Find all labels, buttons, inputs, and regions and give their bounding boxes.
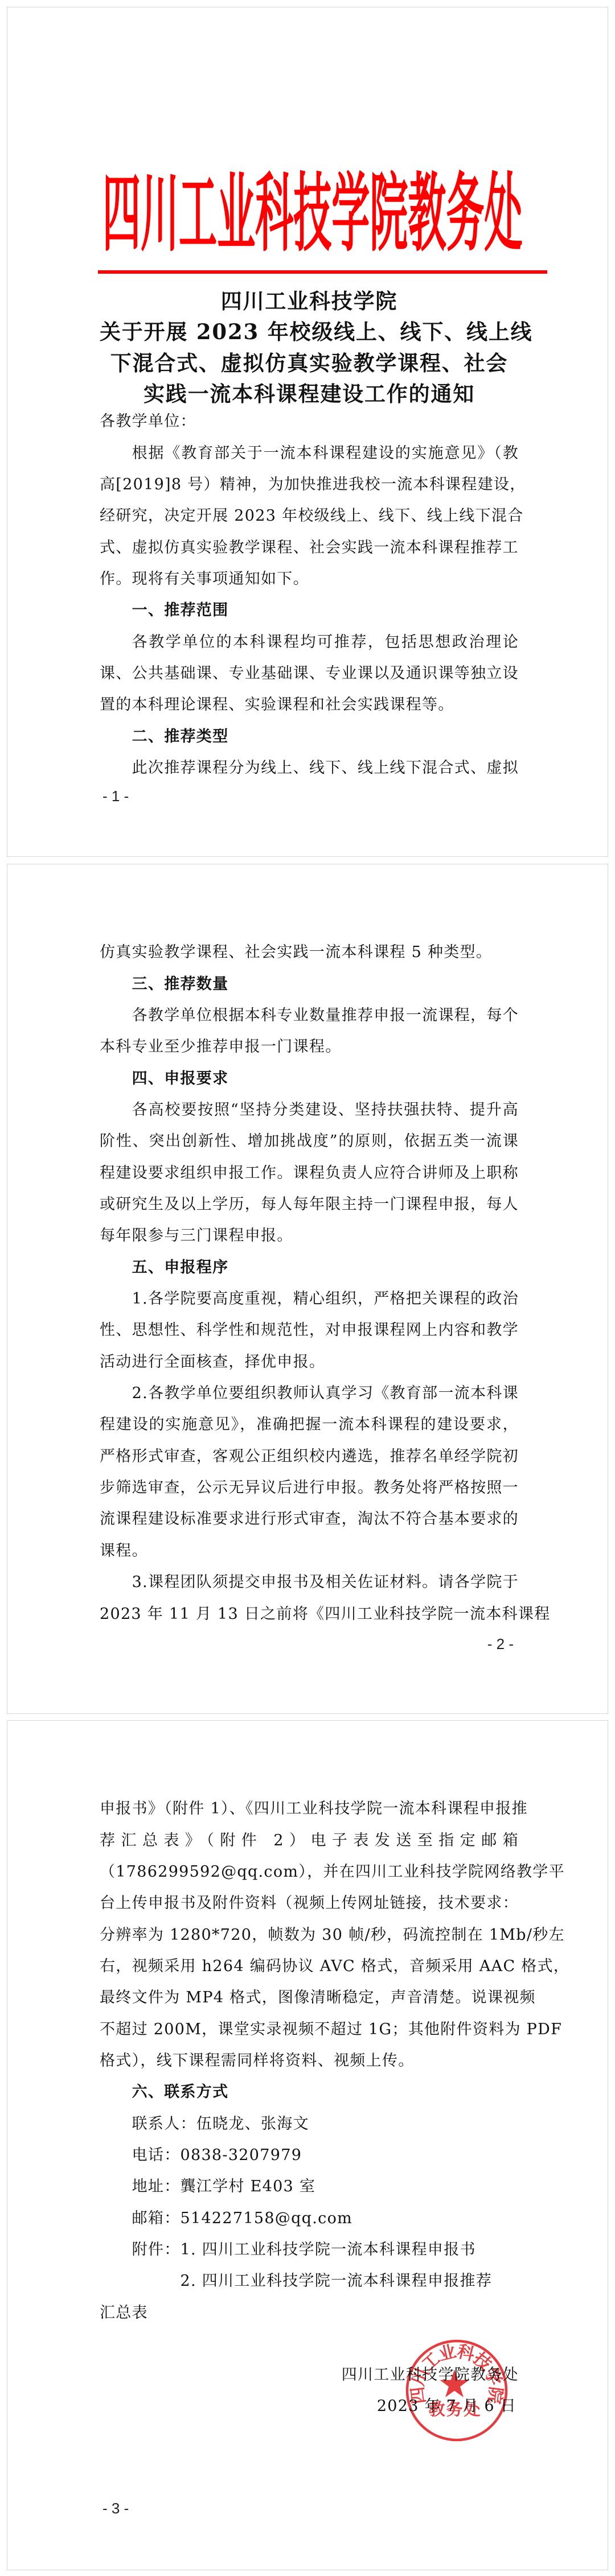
page-body: 仿真实验教学课程、社会实践一流本科课程 5 种类型。 三、推荐数量 各教学单位根… — [100, 937, 519, 1630]
body-line: 程建设要求组织申报工作。课程负责人应符合讲师及上职称 — [100, 1157, 519, 1189]
page-body: 各教学单位： 根据《教育部关于一流本科课程建设的实施意见》（教 高[2019]8… — [100, 406, 519, 784]
body-line: 不超过 200M，课堂实录视频不超过 1G；其他附件资料为 PDF — [100, 2014, 519, 2045]
section-heading-procedure: 五、申报程序 — [100, 1252, 519, 1283]
body-line: 右，视频采用 h264 编码协议 AVC 格式，音频采用 AAC 格式， — [100, 1951, 519, 1982]
page-number: - 3 - — [102, 2501, 129, 2516]
body-line: 本科专业至少推荐申报一门课程。 — [100, 1031, 519, 1062]
body-line: 流课程建设标准要求进行形式审查，淘汰不符合基本要求的 — [100, 1503, 519, 1535]
notice-title: 四川工业科技学院 关于开展 2023 年校级线上、线下、线上线 下混合式、虚拟仿… — [100, 286, 519, 410]
body-line: 严格形式审查，客观公正组织校内遴选，推荐名单经学院初 — [100, 1441, 519, 1472]
body-line: 申报书》（附件 1）、《四川工业科技学院一流本科课程申报推 — [100, 1793, 519, 1824]
body-line: 性、思想性、科学性和规范性，对申报课程网上内容和教学 — [100, 1314, 519, 1346]
page-3: 申报书》（附件 1）、《四川工业科技学院一流本科课程申报推 荐汇总表》（附件 2… — [7, 1720, 608, 2570]
body-line: 式、虚拟仿真实验教学课程、社会实践一流本科课程推荐工 — [100, 532, 519, 563]
contact-address: 地址：龔江学村 E403 室 — [100, 2171, 519, 2202]
star-icon — [440, 2369, 469, 2397]
body-line: 3.课程团队须提交申报书及相关佐证材料。请各学院于 — [100, 1567, 519, 1598]
attachment-2-continued: 汇总表 — [100, 2297, 519, 2328]
salutation: 各教学单位： — [100, 406, 519, 437]
section-heading-types: 二、推荐类型 — [100, 721, 519, 752]
body-line: 作。现将有关事项通知如下。 — [100, 563, 519, 595]
official-seal-icon: 四川工业科技学院 教务处 — [400, 2334, 514, 2447]
body-line: 各高校要按照“坚持分类建设、坚持扶强扶特、提升高 — [100, 1094, 519, 1126]
body-line: 高[2019]8 号）精神，为加快推进我校一流本科课程建设， — [100, 469, 519, 500]
body-line: 台上传申报书及附件资料（视频上传网址链接，技术要求： — [100, 1887, 519, 1919]
page-number: - 2 - — [487, 1637, 514, 1651]
section-heading-quantity: 三、推荐数量 — [100, 968, 519, 1000]
title-line: 下混合式、虚拟仿真实验教学课程、社会 — [100, 348, 519, 378]
body-line: 最终文件为 MP4 格式，图像清晰稳定，声音清楚。说课视频 — [100, 1982, 519, 2013]
body-line: 课、公共基础课、专业基础课、专业课以及通识课等独立设 — [100, 658, 519, 689]
svg-text:四川工业科技学院: 四川工业科技学院 — [408, 2342, 506, 2405]
body-line: （1786299592@qq.com），并在四川工业科技学院网络教学平 — [100, 1856, 519, 1887]
body-line: 1.各学院要高度重视，精心组织，严格把关课程的政治 — [100, 1283, 519, 1314]
body-line: 仿真实验教学课程、社会实践一流本科课程 5 种类型。 — [100, 937, 519, 968]
red-divider — [98, 270, 547, 274]
body-line: 活动进行全面核查，择优申报。 — [100, 1346, 519, 1378]
body-line: 每年限参与三门课程申报。 — [100, 1220, 519, 1251]
seal-ring-text: 四川工业科技学院 — [408, 2342, 506, 2405]
body-line: 课程。 — [100, 1535, 519, 1567]
body-line: 置的本科理论课程、实验课程和社会实践课程等。 — [100, 689, 519, 720]
body-line: 或研究生及以上学历，每人每年限主持一门课程申报，每人 — [100, 1189, 519, 1220]
body-line: 2023 年 11 月 13 日之前将《四川工业科技学院一流本科课程 — [100, 1598, 519, 1630]
contact-person: 联系人：伍晓龙、张海文 — [100, 2108, 519, 2140]
body-line: 分辨率为 1280*720，帧数为 30 帧/秒，码流控制在 1Mb/秒左 — [100, 1919, 519, 1951]
body-line: 程建设的实施意见》，准确把握一流本科课程的建设要求， — [100, 1409, 519, 1440]
page-body: 申报书》（附件 1）、《四川工业科技学院一流本科课程申报推 荐汇总表》（附件 2… — [100, 1793, 519, 2328]
body-line: 荐汇总表》（附件 2）电子表发送至指定邮箱 — [100, 1825, 519, 1856]
body-line: 阶性、突出创新性、增加挑战度”的原则，依据五类一流课 — [100, 1126, 519, 1157]
contact-phone: 电话：0838-3207979 — [100, 2140, 519, 2171]
body-line: 格式），线下课程需同样将资料、视频上传。 — [100, 2045, 519, 2076]
title-line: 实践一流本科课程建设工作的通知 — [100, 378, 519, 409]
attachment-1: 附件：1. 四川工业科技学院一流本科课程申报书 — [100, 2234, 519, 2265]
attachment-2: 2. 四川工业科技学院一流本科课程申报推荐 — [100, 2265, 519, 2297]
body-line: 2.各教学单位要组织教师认真学习《教育部一流本科课 — [100, 1378, 519, 1409]
page-1: 四川工业科技学院教务处 四川工业科技学院 关于开展 2023 年校级线上、线下、… — [7, 7, 608, 857]
seal-center-text: 教务处 — [428, 2400, 481, 2419]
contact-email: 邮箱：514227158@qq.com — [100, 2203, 519, 2234]
letterhead: 四川工业科技学院教务处 — [102, 171, 523, 256]
body-line: 根据《教育部关于一流本科课程建设的实施意见》（教 — [100, 438, 519, 469]
body-line: 经研究，决定开展 2023 年校级线上、线下、线上线下混合 — [100, 500, 519, 531]
section-heading-contact: 六、联系方式 — [100, 2076, 519, 2108]
body-line: 各教学单位的本科课程均可推荐，包括思想政治理论 — [100, 627, 519, 658]
body-line: 各教学单位根据本科专业数量推荐申报一流课程，每个 — [100, 1000, 519, 1031]
title-line: 关于开展 2023 年校级线上、线下、线上线 — [100, 316, 519, 347]
section-heading-scope: 一、推荐范围 — [100, 595, 519, 626]
body-line: 步筛选审查，公示无异议后进行申报。教务处将严格按照一 — [100, 1472, 519, 1503]
title-line-institution: 四川工业科技学院 — [100, 286, 519, 316]
body-line: 此次推荐课程分为线上、线下、线上线下混合式、虚拟 — [100, 752, 519, 784]
document-viewer: { "document": { "letterhead": { "text": … — [0, 0, 615, 2576]
page-2: 仿真实验教学课程、社会实践一流本科课程 5 种类型。 三、推荐数量 各教学单位根… — [7, 864, 608, 1714]
section-heading-requirements: 四、申报要求 — [100, 1063, 519, 1094]
page-number: - 1 - — [102, 789, 129, 803]
